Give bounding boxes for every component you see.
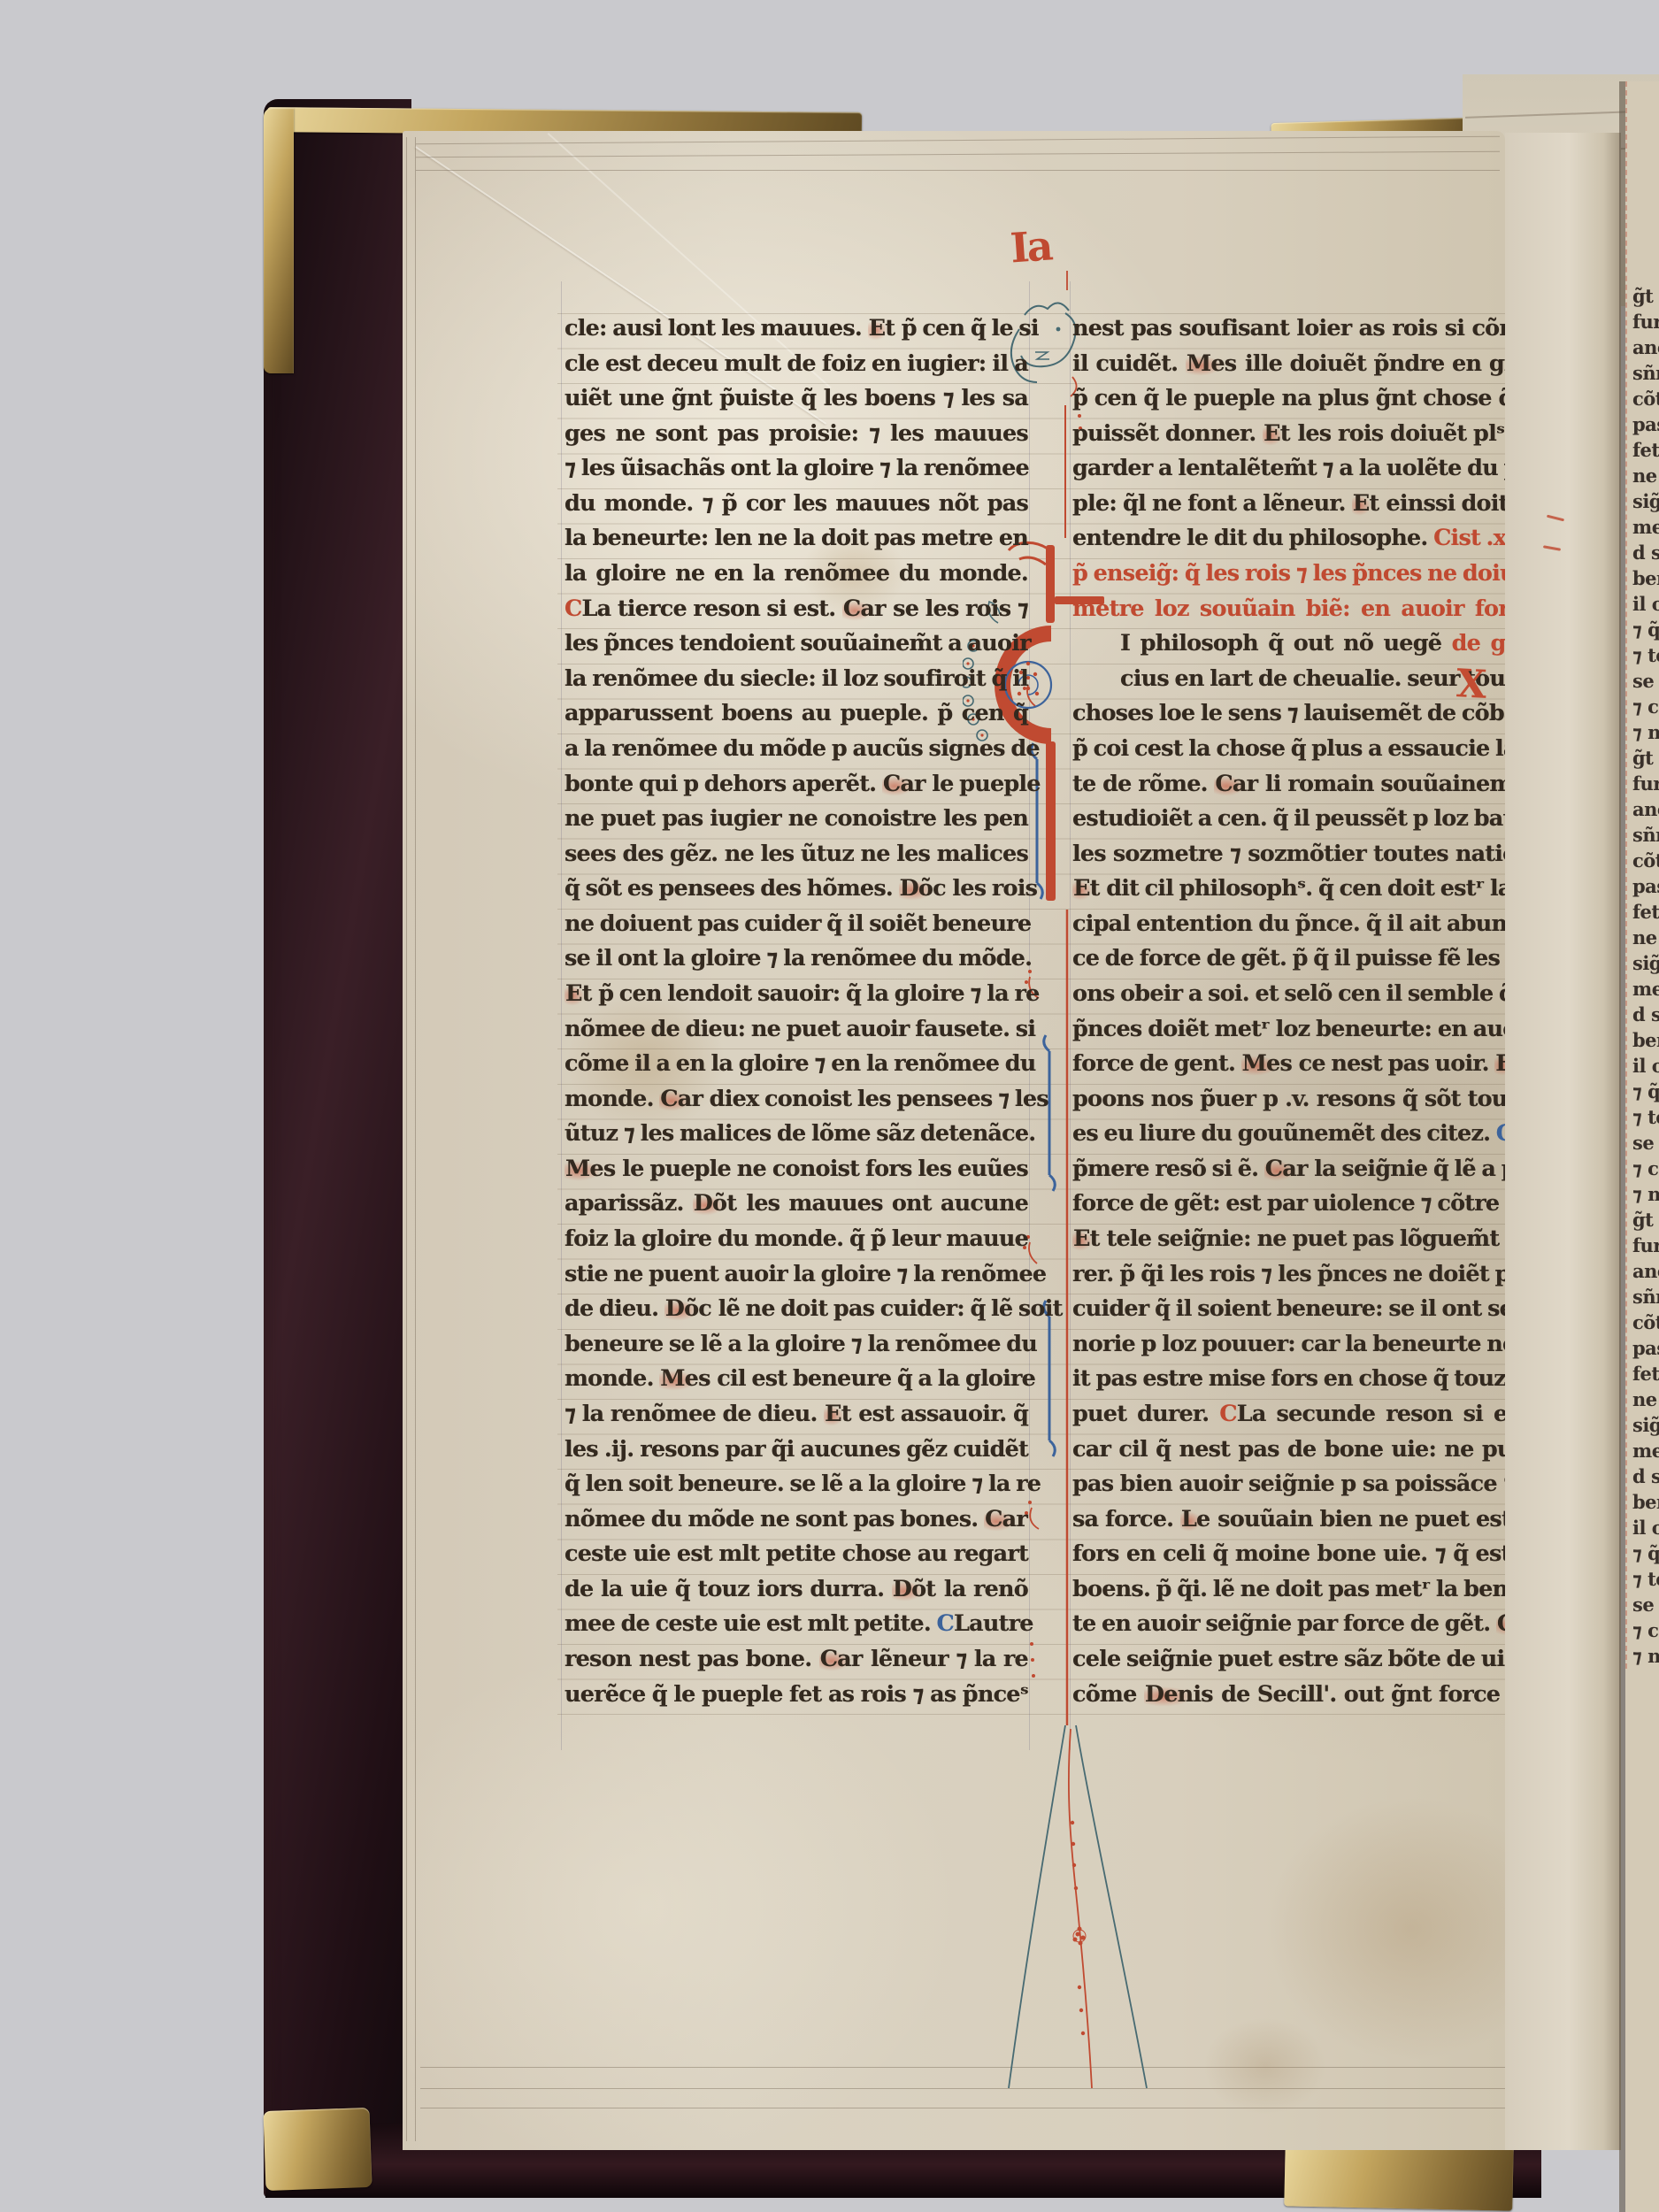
facing-text-line: ⁊ ne seh [1632, 719, 1659, 745]
text-line: monde. Mes cil est beneure q̃ a la gloir… [565, 1362, 1028, 1397]
facing-text-line: ance. ⁊ fu [1632, 334, 1659, 360]
text-line: uerẽce q̃ le pueple fet as rois ⁊ as p̃n… [565, 1678, 1028, 1713]
text-line: ple: q̃l ne font a lẽneur. Et einssi doi… [1072, 487, 1536, 522]
text-segment: entendre le dit du philosophe. [1072, 525, 1433, 551]
facing-text-line: ⁊ cõme fe [1632, 1617, 1659, 1643]
text-line: ⁊ les ũisachãs ont la gloire ⁊ la renõme… [565, 451, 1028, 487]
page-edge-line-bottom [420, 2108, 1544, 2108]
text-segment: sees des gẽz. ne les ũtuz ne les malices [565, 841, 1028, 867]
text-segment: ce nest pas uoir. [1293, 1050, 1494, 1077]
text-segment: diex conoist les pensees ⁊ les [703, 1086, 1048, 1112]
text-segment: norie p loz pouuer: car la beneurte ne d… [1072, 1331, 1551, 1357]
text-segment: Et [1263, 420, 1291, 447]
text-line: fors en celi q̃ moine bone uie. ⁊ q̃ est… [1072, 1537, 1536, 1572]
facing-text-line: ⁊ cõme fe [1632, 694, 1659, 719]
facing-text-line: ne seig̃ne [1632, 925, 1659, 950]
vertical-rule [561, 281, 562, 1750]
text-segment: poons nos p̃uer p .v. resons q̃ sõt touc… [1072, 1086, 1536, 1112]
text-line: les sozmetre ⁊ sozmõtier toutes natiõs. [1072, 837, 1536, 872]
rubric-segment: C [565, 595, 582, 622]
text-line: it pas estre mise fors en chose q̃ touz … [1072, 1362, 1536, 1397]
facing-text-line: cõtr si est. [1632, 848, 1659, 873]
text-line: p̃ coi cest la chose q̃ plus a essaucie … [1072, 732, 1536, 767]
text-line: puissẽt donner. Et les rois doiuẽt plˢ r… [1072, 417, 1536, 452]
text-segment: monde. [565, 1365, 659, 1392]
text-line: ges ne sont pas proisie: ⁊ les mauues [565, 417, 1028, 452]
facing-text-line: g̃t ⁊ fu k [1632, 283, 1659, 309]
text-line: te de rõme. Car li romain souũainemẽt [1072, 767, 1536, 803]
gold-corner-bottom-left [263, 2108, 372, 2191]
facing-text-line: ance. ⁊ fu [1632, 1258, 1659, 1284]
text-segment: souũain bien ne puet estre [1210, 1506, 1536, 1532]
text-line: garder a lentalẽtem̃t ⁊ a la uolẽte du p… [1072, 451, 1536, 487]
text-line: te en auoir seig̃nie par force de gẽt. C… [1072, 1607, 1536, 1642]
facing-text-line: ne seig̃ne [1632, 1386, 1659, 1412]
text-segment: ille doiuẽt p̃ndre en gre. [1237, 350, 1536, 377]
text-line: force de gẽt: est par uiolence ⁊ cõtre n… [1072, 1187, 1536, 1222]
text-line: CLa tierce reson si est. Car se les rois… [565, 592, 1028, 627]
text-segment: le pueple [926, 771, 1041, 797]
text-segment: Car [1264, 1156, 1309, 1182]
text-segment: p̃ cen q̃ le si [895, 315, 1039, 342]
page-edge-line-left [415, 137, 416, 2141]
text-line: les .ij. resons par q̃i aucunes gẽz cuid… [565, 1432, 1028, 1468]
facing-text-line: furẽt p̃ [1632, 309, 1659, 334]
text-segment: Car [659, 1086, 703, 1112]
text-line: ne puet pas iugier ne conoistre les pen [565, 802, 1028, 837]
text-segment: puet durer. [1072, 1401, 1219, 1427]
text-line: Et dit cil philosophˢ. q̃ cen doit estʳ … [1072, 872, 1536, 907]
gold-corner-top-left-bracket [264, 108, 294, 373]
text-segment: es eu liure du gouũnemẽt des citez. [1072, 1120, 1496, 1147]
text-line: la gloire ne en la renõmee du monde. [565, 557, 1028, 592]
facing-text-line: il ordener [1632, 1053, 1659, 1079]
text-segment: I philosoph q̃ out nõ uegẽ [1120, 630, 1452, 657]
text-segment: ceste uie est mlt petite chose au regart [565, 1540, 1028, 1567]
facing-text-line: fete la be [1632, 1361, 1659, 1386]
text-segment: lẽ ne doit pas cuider: q̃ lẽ soit [712, 1295, 1063, 1322]
text-segment: te de rõme. [1072, 771, 1214, 797]
text-line: du monde. ⁊ p̃ cor les mauues nõt pas [565, 487, 1028, 522]
page-edge-line-left [406, 137, 407, 2141]
text-segment: C [937, 1610, 955, 1637]
text-segment: se les rois ⁊ [887, 595, 1028, 622]
text-segment: uerẽce q̃ le pueple fet as rois ⁊ as p̃n… [565, 1681, 1028, 1708]
text-segment: li romain souũainemẽt [1258, 771, 1536, 797]
text-line: mee de ceste uie est mlt petite. CLautre [565, 1607, 1028, 1642]
text-segment: cle est deceu mult de foiz en iugier: il… [565, 350, 1028, 377]
text-segment: ce de force de gẽt. p̃ q̃ il puisse fẽ l… [1072, 945, 1553, 972]
facing-text-line: furẽt p̃ [1632, 1233, 1659, 1258]
text-line: monde. Car diex conoist les pensees ⁊ le… [565, 1082, 1028, 1118]
text-segment: Mes [659, 1365, 710, 1392]
text-segment: p̃mere resõ si ẽ. [1072, 1156, 1264, 1182]
text-line: stie ne puent auoir la gloire ⁊ la renõm… [565, 1257, 1028, 1293]
text-line: rer. p̃ q̃i les rois ⁊ les p̃nces ne doi… [1072, 1257, 1536, 1293]
facing-text-line: ⁊ teles orde [1632, 642, 1659, 668]
facing-text-line: cõtr si est. [1632, 1310, 1659, 1335]
text-line: metre loz souũain biẽ: en auoir force [1072, 592, 1536, 627]
text-segment: Dõt [892, 1576, 937, 1602]
facing-text-line: d si est. Ce [1632, 1002, 1659, 1027]
text-segment: les rois [947, 875, 1037, 902]
text-segment: cil est beneure q̃ a la gloire [711, 1365, 1035, 1392]
text-segment: les rois doiuẽt plˢ re [1291, 420, 1536, 447]
text-line: beneure se lẽ a la gloire ⁊ la renõmee d… [565, 1327, 1028, 1363]
text-segment: les sozmetre ⁊ sozmõtier toutes natiõs. [1072, 841, 1536, 867]
text-line: sa force. Le souũain bien ne puet estre [1072, 1502, 1536, 1538]
text-segment: apparussent boens au pueple. p̃ cen q̃ [565, 700, 1028, 726]
text-segment: force de gent. [1072, 1050, 1241, 1077]
text-segment: ons obeir a soi. et selõ cen il semble q… [1072, 980, 1553, 1007]
text-segment: choses loe le sens ⁊ lauisemẽt de cõbatr… [1072, 700, 1560, 726]
text-segment: garder a lentalẽtem̃t ⁊ a la uolẽte du p… [1072, 455, 1548, 481]
text-line: force de gent. Mes ce nest pas uoir. Et … [1072, 1047, 1536, 1082]
facing-text-line: ⁊ teles orde [1632, 1104, 1659, 1130]
text-segment: de la uie q̃ touz iors durra. [565, 1576, 892, 1602]
text-segment: boens. p̃ q̃i. lẽ ne doit pas metʳ la be… [1072, 1576, 1548, 1602]
text-segment: ges ne sont pas proisie: ⁊ les mauues [565, 420, 1028, 447]
text-segment: sa force. [1072, 1506, 1180, 1532]
text-line: ne doiuent pas cuider q̃ il soiẽt beneur… [565, 907, 1028, 942]
text-segment: Dõc [899, 875, 947, 902]
text-segment: reson nest pas bone. [565, 1646, 819, 1672]
text-line: cle: ausi lont les mauues. Et p̃ cen q̃ … [565, 311, 1028, 347]
facing-text-line: ⁊ q̃ il qui l [1632, 617, 1659, 642]
text-segment: Car [984, 1506, 1028, 1532]
text-line: cele seig̃nie puet estre sãz bõte de uie… [1072, 1642, 1536, 1678]
text-line: nõmee de dieu: ne puet auoir fausete. si [565, 1012, 1028, 1048]
facing-text-line: ⁊ q̃ il qui l [1632, 1540, 1659, 1566]
manuscript-photo: cle: ausi lont les mauues. Et p̃ cen q̃ … [0, 0, 1659, 2212]
text-segment: la renõ [936, 1576, 1028, 1602]
text-segment: nest pas soufisant loier as rois si cõme [1072, 315, 1536, 342]
facing-text-line: il ordener [1632, 1515, 1659, 1540]
text-segment: ⁊ la renõmee de dieu. [565, 1401, 824, 1427]
text-segment: cõme [1072, 1681, 1144, 1708]
text-segment: ⁊ les ũisachãs ont la gloire ⁊ la renõme… [565, 455, 1029, 481]
facing-text-line: d si est. Ce [1632, 540, 1659, 565]
text-segment: tele seig̃nie: ne puet pas lõguem̃t du [1101, 1225, 1536, 1252]
text-segment: Dõc [664, 1295, 712, 1322]
text-line: ceste uie est mlt petite chose au regart [565, 1537, 1028, 1572]
text-line: cle est deceu mult de foiz en iugier: il… [565, 347, 1028, 382]
text-segment: p̃ cen lendoit sauoir: q̃ la gloire ⁊ la… [593, 980, 1040, 1007]
text-line: de la uie q̃ touz iors durra. Dõt la ren… [565, 1572, 1028, 1608]
text-line: boens. p̃ q̃i. lẽ ne doit pas metʳ la be… [1072, 1572, 1536, 1608]
text-segment: cele seig̃nie puet estre sãz bõte de uie… [1072, 1646, 1551, 1672]
text-segment: cõme il a en la gloire ⁊ en la renõmee d… [565, 1050, 1036, 1077]
text-line: ce de force de gẽt. p̃ q̃ il puisse fẽ l… [1072, 941, 1536, 977]
text-segment: uiẽt une g̃nt p̃uiste q̃ les boens ⁊ les… [565, 385, 1028, 411]
facing-text-line: ⁊ q̃ il qui l [1632, 1079, 1659, 1104]
text-line: ⁊ la renõmee de dieu. Et est assauoir. q… [565, 1397, 1028, 1432]
text-segment: la gloire ne en la renõmee du monde. [565, 560, 1028, 587]
text-line: il cuidẽt. Mes ille doiuẽt p̃ndre en gre… [1072, 347, 1536, 382]
text-line: cipal entention du p̃nce. q̃ il ait abun… [1072, 907, 1536, 942]
text-segment: Et [1072, 1225, 1101, 1252]
text-segment: Et [1072, 875, 1101, 902]
text-line: Et p̃ cen lendoit sauoir: q̃ la gloire ⁊… [565, 977, 1028, 1012]
text-segment: de dieu. [565, 1295, 664, 1322]
text-segment: estudioiẽt a cen. q̃ il peussẽt p loz ba… [1072, 805, 1542, 832]
rubric-segment: metre loz souũain biẽ: en auoir force [1072, 595, 1536, 622]
text-line: cõme il a en la gloire ⁊ en la renõmee d… [565, 1047, 1028, 1082]
text-line: foiz la gloire du monde. q̃ p̃ leur mauu… [565, 1222, 1028, 1257]
text-segment: Car [882, 771, 926, 797]
text-segment: car cil q̃ nest pas de bone uie: ne puet [1072, 1436, 1536, 1463]
facing-text-line: sñr luxu [1632, 1284, 1659, 1310]
text-column-right: nest pas soufisant loier as rois si cõme… [1072, 311, 1536, 1712]
text-segment: cipal entention du p̃nce. q̃ il ait abun… [1072, 910, 1536, 937]
text-segment: bonte qui p dehors aperẽt. [565, 771, 882, 797]
facing-text-line: il ordener [1632, 591, 1659, 617]
text-segment: pas bien auoir seig̃nie p sa poissãce ⁊ … [1072, 1471, 1536, 1497]
text-segment: est assauoir. q̃ [852, 1401, 1028, 1427]
text-segment: le pueple ne conoist fors les euũes [616, 1156, 1028, 1182]
text-segment: q̃ sõt es pensees des hõmes. [565, 875, 899, 902]
rubric-segment: p̃ enseig̃: q̃ les rois ⁊ les p̃nces ne … [1072, 560, 1539, 587]
text-segment: mee de ceste uie est mlt petite. [565, 1610, 937, 1637]
text-segment: nõmee de dieu: ne puet auoir fausete. si [565, 1016, 1035, 1042]
text-segment: puissẽt donner. [1072, 420, 1263, 447]
text-line: Et tele seig̃nie: ne puet pas lõguem̃t d… [1072, 1222, 1536, 1257]
text-segment: fors en celi q̃ moine bone uie. ⁊ q̃ est… [1072, 1540, 1536, 1567]
facing-text-line: furẽt p̃ [1632, 771, 1659, 796]
text-segment: lẽneur ⁊ la re [864, 1646, 1028, 1672]
text-segment: rer. p̃ q̃i les rois ⁊ les p̃nces ne doi… [1072, 1261, 1536, 1287]
text-line: se il ont la gloire ⁊ la renõmee du mõde… [565, 941, 1028, 977]
text-segment: ũtuz ⁊ les malices de lõme sãz detenãce. [565, 1120, 1035, 1147]
text-segment: p̃ cen q̃ le pueple na plus g̃nt chose q… [1072, 385, 1536, 411]
text-segment: La secunde reson si est. [1237, 1401, 1536, 1427]
text-segment: te en auoir seig̃nie par force de gẽt. [1072, 1610, 1496, 1637]
facing-text-line: metre la g [1632, 1438, 1659, 1463]
facing-text-line: pas la mo [1632, 411, 1659, 437]
text-segment: La tierce reson si est. [582, 595, 842, 622]
text-line: aparissãz. Dõt les mauues ont aucune [565, 1187, 1028, 1222]
text-segment: Et [868, 315, 896, 342]
page-edge-line-top [416, 170, 1500, 171]
facing-page-text: g̃t ⁊ fu kfurẽt p̃ance. ⁊ fusñr luxucõtr… [1625, 81, 1659, 1669]
text-line: sees des gẽz. ne les ũtuz ne les malices [565, 837, 1028, 872]
bottom-flourish [1009, 1725, 1147, 2088]
text-line: nest pas soufisant loier as rois si cõme [1072, 311, 1536, 347]
text-segment: ple: q̃l ne font a lẽneur. [1072, 490, 1352, 517]
chapter-number-x: X [1455, 661, 1488, 708]
text-line: car cil q̃ nest pas de bone uie: ne puet [1072, 1432, 1536, 1468]
text-line: puet durer. CLa secunde reson si est. [1072, 1397, 1536, 1432]
text-segment: ne doiuent pas cuider q̃ il soiẽt beneur… [565, 910, 1031, 937]
gutter-shadow [1619, 81, 1625, 2212]
text-line: poons nos p̃uer p .v. resons q̃ sõt touc… [1072, 1082, 1536, 1118]
book-cover-spine [264, 99, 411, 2198]
facing-text-line: se dois a fe [1632, 668, 1659, 694]
rubric-segment: C [1219, 1401, 1237, 1427]
text-line: ũtuz ⁊ les malices de lõme sãz detenãce. [565, 1117, 1028, 1152]
facing-text-line: ne seig̃ne [1632, 463, 1659, 488]
text-segment: Dõt [693, 1190, 738, 1217]
text-segment: Et [824, 1401, 852, 1427]
facing-text-line: fete la be [1632, 899, 1659, 925]
facing-text-line: beneure fi [1632, 565, 1659, 591]
facing-text-line: ⁊ teles orde [1632, 1566, 1659, 1592]
text-line: bonte qui p dehors aperẽt. Car le pueple [565, 767, 1028, 803]
text-line: cuider q̃ il soient beneure: se il ont s… [1072, 1292, 1536, 1327]
text-segment: de Secill'. out g̃nt force de [1214, 1681, 1536, 1708]
text-column-left: cle: ausi lont les mauues. Et p̃ cen q̃ … [565, 311, 1028, 1712]
text-segment: foiz la gloire du monde. q̃ p̃ leur mauu… [565, 1225, 1028, 1252]
facing-text-line: fete la be [1632, 437, 1659, 463]
text-line: nõmee du mõde ne sont pas bones. Car [565, 1502, 1028, 1538]
text-segment: cle: ausi lont les mauues. [565, 315, 868, 342]
text-line: es eu liure du gouũnemẽt des citez. CLa [1072, 1117, 1536, 1152]
text-line: norie p loz pouuer: car la beneurte ne d… [1072, 1327, 1536, 1363]
text-segment: monde. [565, 1086, 659, 1112]
text-line: q̃ len soit beneure. se lẽ a la gloire ⁊… [565, 1467, 1028, 1502]
text-line: p̃ enseig̃: q̃ les rois ⁊ les p̃nces ne … [1072, 557, 1536, 592]
facing-text-line: pas la mo [1632, 873, 1659, 899]
facing-text-line: pas la mo [1632, 1335, 1659, 1361]
text-segment: Le [1180, 1506, 1211, 1532]
text-segment: q̃ len soit beneure. se lẽ a la gloire ⁊… [565, 1471, 1041, 1497]
facing-text-line: metre la g [1632, 976, 1659, 1002]
text-segment: Car [1214, 771, 1258, 797]
facing-text-line: sñr luxu [1632, 822, 1659, 848]
text-segment: p̃ coi cest la chose q̃ plus a essaucie … [1072, 735, 1544, 762]
facing-text-line: se dois a fe [1632, 1130, 1659, 1156]
text-line: la beneurte: len ne la doit pas metre en [565, 521, 1028, 557]
page-curl [1505, 133, 1621, 2150]
text-segment: aparissãz. [565, 1190, 693, 1217]
text-segment: dit cil philosophˢ. q̃ cen doit estʳ la … [1101, 875, 1544, 902]
text-line: I philosoph q̃ out nõ uegẽ de gẽt. [1072, 626, 1536, 662]
facing-text-line: sig̃ne q̃ l [1632, 1412, 1659, 1438]
text-line: la renõmee du siecle: il loz soufiroit q… [565, 662, 1028, 697]
text-segment: Mes [565, 1156, 616, 1182]
text-segment: beneure se lẽ a la gloire ⁊ la renõmee d… [565, 1331, 1037, 1357]
text-line: uiẽt une g̃nt p̃uiste q̃ les boens ⁊ les… [565, 381, 1028, 417]
text-segment: les p̃nces tendoient souũainem̃t a auoir [565, 630, 1031, 657]
text-line: estudioiẽt a cen. q̃ il peussẽt p loz ba… [1072, 802, 1536, 837]
stain [1203, 2017, 1327, 2115]
facing-text-line: g̃t ⁊ fu k [1632, 745, 1659, 771]
facing-text-line: beneure fi [1632, 1027, 1659, 1053]
text-line: Mes le pueple ne conoist fors les euũes [565, 1152, 1028, 1187]
text-line: p̃nces doiẽt metʳ loz beneurte: en auoir [1072, 1012, 1536, 1048]
text-segment: Car [819, 1646, 864, 1672]
text-line: apparussent boens au pueple. p̃ cen q̃ [565, 696, 1028, 732]
text-segment: p̃nces doiẽt metʳ loz beneurte: en auoir [1072, 1016, 1536, 1042]
facing-text-line: g̃t ⁊ fu k [1632, 1207, 1659, 1233]
text-segment: du monde. ⁊ p̃ cor les mauues nõt pas [565, 490, 1028, 517]
facing-text-line: ⁊ ne seh [1632, 1181, 1659, 1207]
text-segment: la beneurte: len ne la doit pas metre en [565, 525, 1028, 551]
facing-text-line: cõtr si est. [1632, 386, 1659, 411]
text-line: reson nest pas bone. Car lẽneur ⁊ la re [565, 1642, 1028, 1678]
text-line: pas bien auoir seig̃nie p sa poissãce ⁊ … [1072, 1467, 1536, 1502]
text-line: a la renõmee du mõde p aucũs signes de [565, 732, 1028, 767]
text-line: les p̃nces tendoient souũainem̃t a auoir [565, 626, 1028, 662]
facing-text-line: se dois a fe [1632, 1592, 1659, 1617]
text-segment: Et [565, 980, 593, 1007]
text-line: entendre le dit du philosophe. Cist .x. … [1072, 521, 1536, 557]
facing-text-line: d si est. Ce [1632, 1463, 1659, 1489]
facing-page-sliver: g̃t ⁊ fu kfurẽt p̃ance. ⁊ fusñr luxucõtr… [1625, 81, 1659, 2212]
facing-text-line: sñr luxu [1632, 360, 1659, 386]
text-segment: Lautre [954, 1610, 1033, 1637]
text-segment: la renõmee du siecle: il loz soufiroit q… [565, 665, 1028, 692]
facing-text-line: ⁊ ne seh [1632, 1643, 1659, 1669]
text-segment: se il ont la gloire ⁊ la renõmee du mõde… [565, 945, 1032, 972]
facing-text-line: ⁊ cõme fe [1632, 1156, 1659, 1181]
facing-text-line: sig̃ne q̃ l [1632, 488, 1659, 514]
text-segment: ne puet pas iugier ne conoistre les pen [565, 805, 1028, 832]
text-segment: il cuidẽt. [1072, 350, 1186, 377]
text-segment: Denis [1144, 1681, 1214, 1708]
text-line: q̃ sõt es pensees des hõmes. Dõc les roi… [565, 872, 1028, 907]
quire-mark: Ia [1009, 221, 1052, 272]
facing-text-line: metre la g [1632, 514, 1659, 540]
text-segment: it pas estre mise fors en chose q̃ touz … [1072, 1365, 1553, 1392]
text-line: ons obeir a soi. et selõ cen il semble q… [1072, 977, 1536, 1012]
text-segment: Mes [1186, 350, 1237, 377]
text-segment: Mes [1241, 1050, 1293, 1077]
text-segment: les .ij. resons par q̃i aucunes gẽz cuid… [565, 1436, 1028, 1463]
text-segment: a la renõmee du mõde p aucũs signes de [565, 735, 1040, 762]
text-line: de dieu. Dõc lẽ ne doit pas cuider: q̃ l… [565, 1292, 1028, 1327]
facing-text-line: ance. ⁊ fu [1632, 796, 1659, 822]
text-segment: Et [1352, 490, 1380, 517]
text-line: p̃ cen q̃ le pueple na plus g̃nt chose q… [1072, 381, 1536, 417]
text-segment: stie ne puent auoir la gloire ⁊ la renõm… [565, 1261, 1046, 1287]
text-segment: les mauues ont aucune [737, 1190, 1028, 1217]
facing-text-line: sig̃ne q̃ l [1632, 950, 1659, 976]
facing-text-line: beneure fi [1632, 1489, 1659, 1515]
text-line: p̃mere resõ si ẽ. Car la seig̃nie q̃ lẽ … [1072, 1152, 1536, 1187]
text-line: cõme Denis de Secill'. out g̃nt force de [1072, 1678, 1536, 1713]
text-segment: nõmee du mõde ne sont pas bones. [565, 1506, 984, 1532]
gold-clasp-bottom-right [1284, 2142, 1513, 2210]
text-segment: Car [842, 595, 887, 622]
text-segment: cuider q̃ il soient beneure: se il ont s… [1072, 1295, 1536, 1322]
